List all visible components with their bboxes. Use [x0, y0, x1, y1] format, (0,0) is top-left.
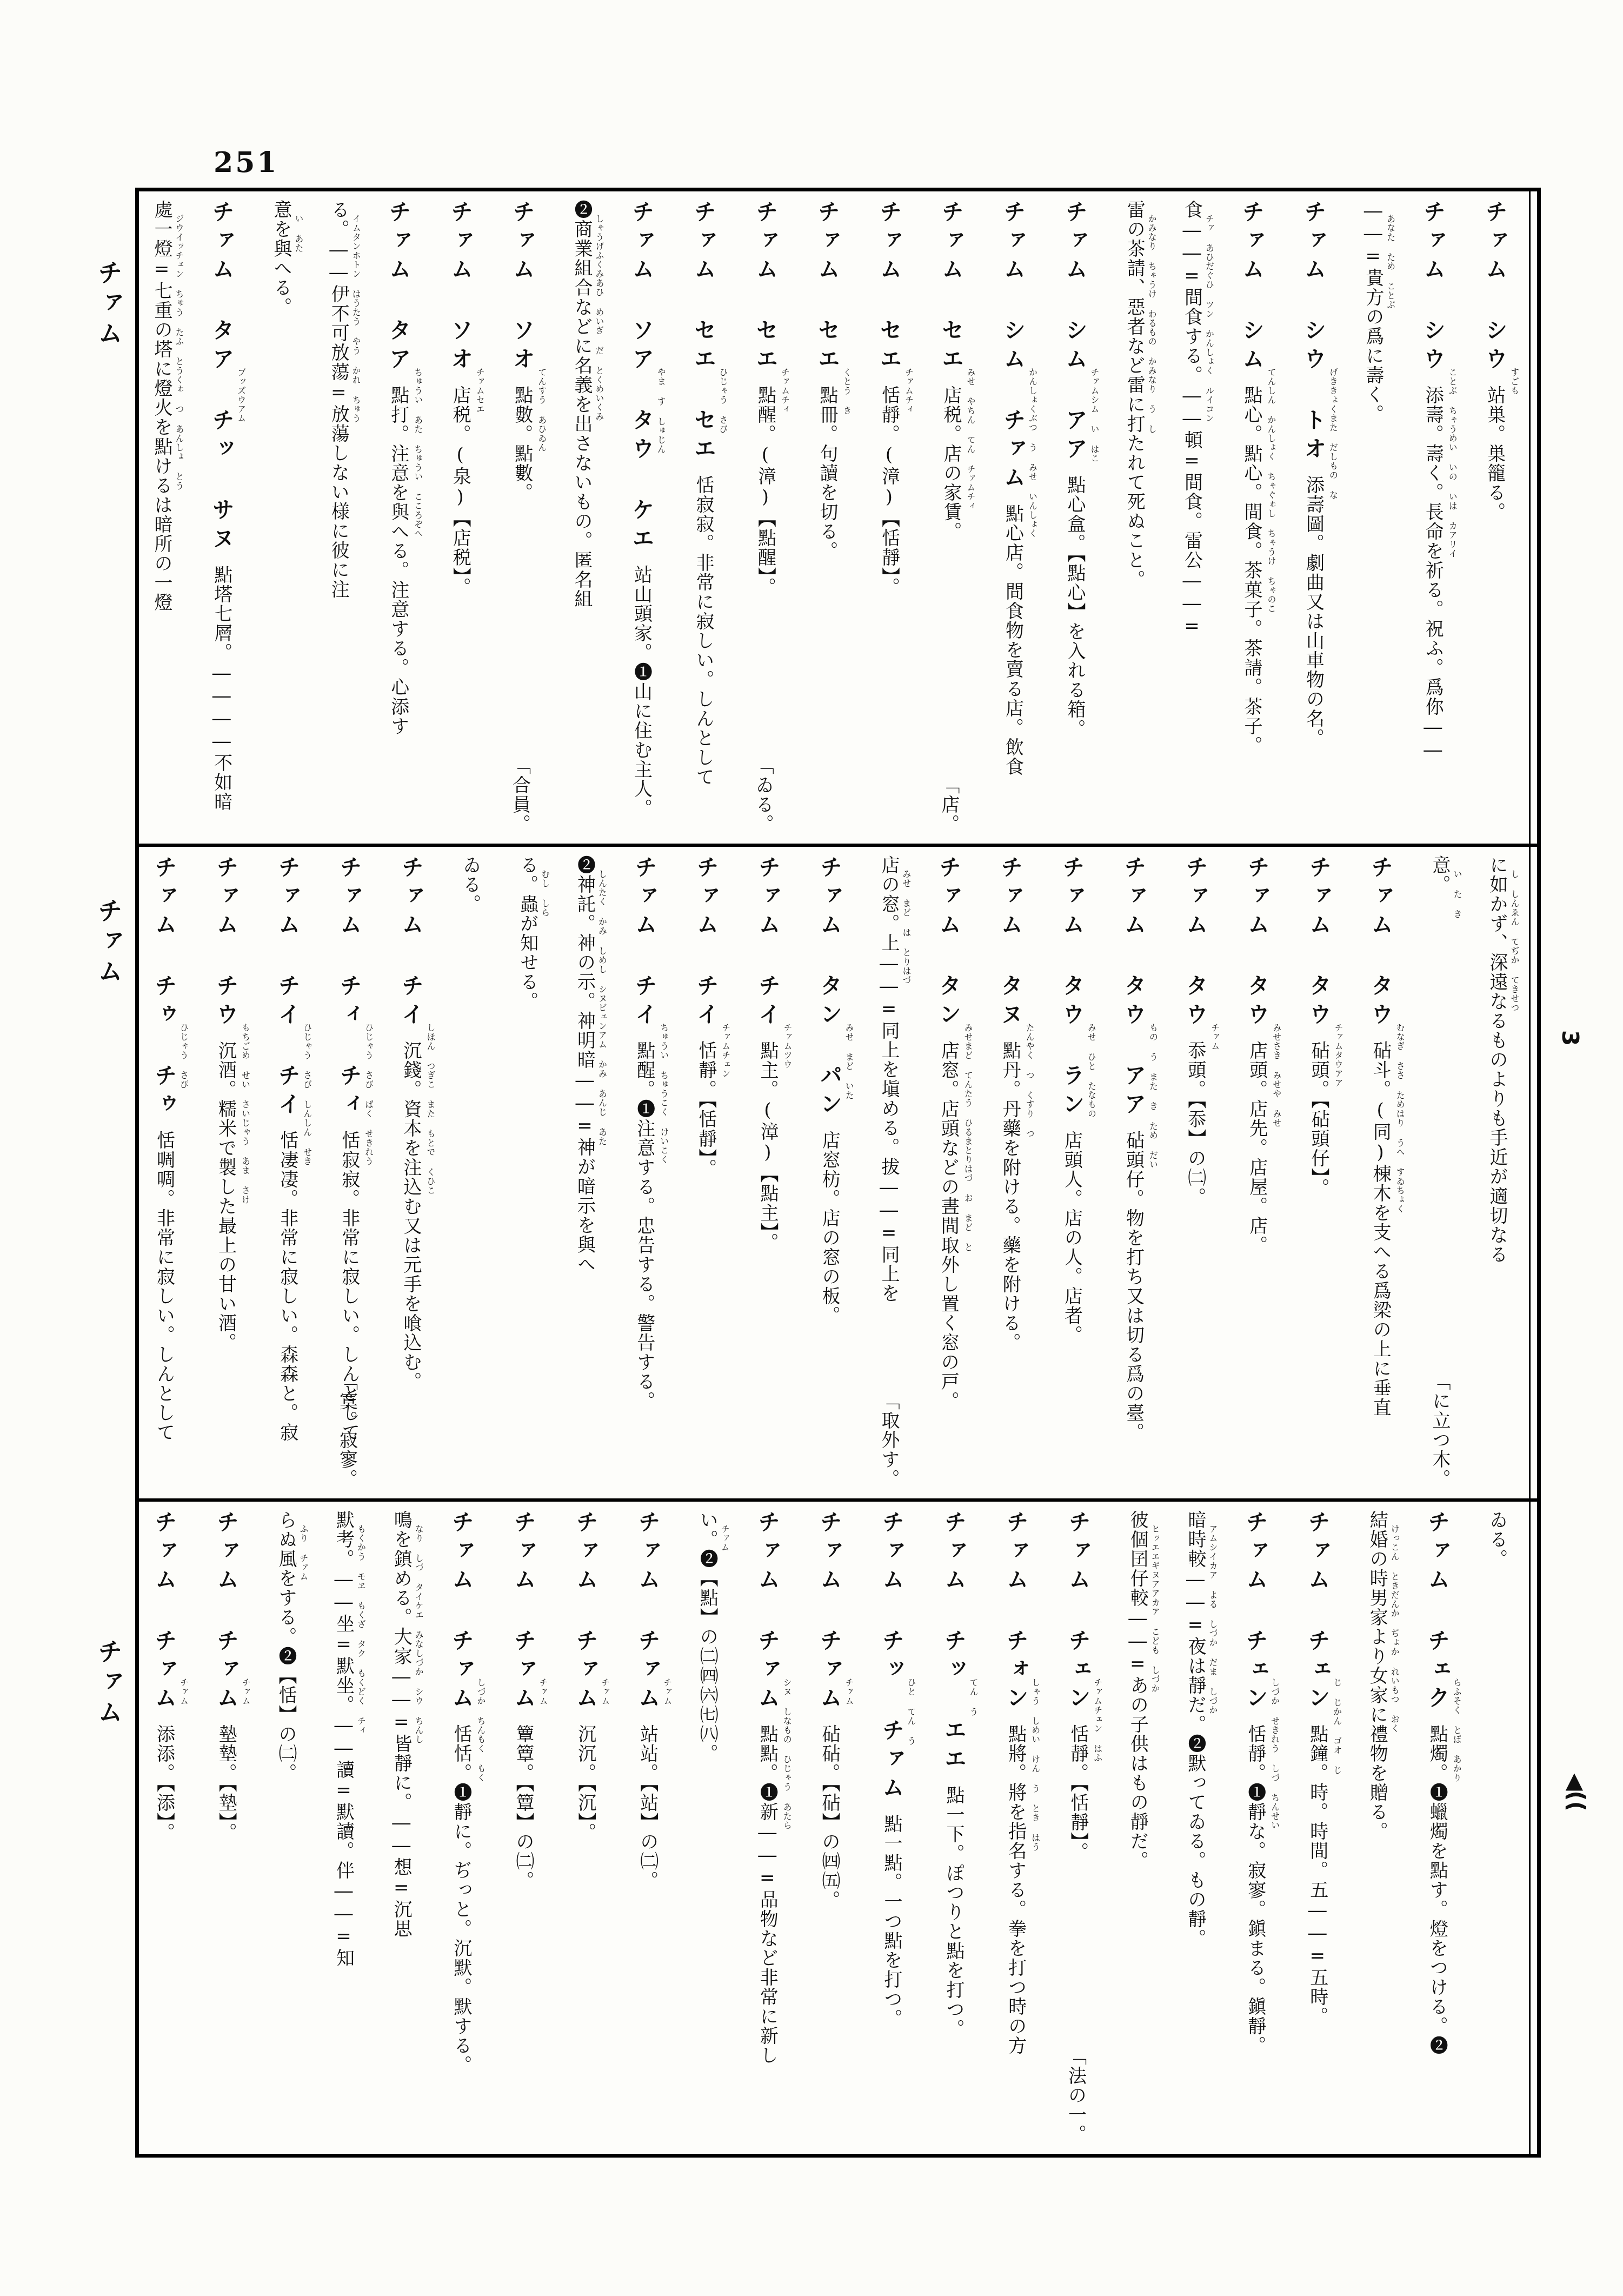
furigana: すごも — [1508, 200, 1519, 836]
furigana: みせ やちん てん チァムチィ — [964, 200, 975, 836]
entry-column: チァム タヌ點丹。丹藥を附ける。藥を附ける。たんやく つ くすり つ — [997, 855, 1034, 1491]
furigana: チァム — [842, 1510, 853, 2146]
definition-text: 意。 — [1429, 855, 1451, 894]
definition-text: 砧頭仔。物を打ち又は切る爲の臺。 — [1123, 1131, 1145, 1442]
entry-continuation-column: 意を與へる。い あた — [270, 200, 303, 836]
definition-text: 點心店。間食物を賣る店。飲食 — [1002, 504, 1024, 777]
entry-column: チァム チイ チイ恬凄凄。非常に寂しい。森森と。寂ひじゃう さび しんしん せき — [274, 855, 311, 1491]
furigana: チァム — [1208, 855, 1219, 1491]
furigana: くとう き — [840, 200, 851, 836]
entry-column: チァム セエ點醒。(漳)【點醒】。チァムチィ「ゐる。 — [752, 200, 789, 836]
furigana: アムシイカア よる しづか だま しづか — [1206, 1510, 1217, 2146]
entry-column: チァム チッ エエ點一下。ぽつりと點を打つ。てん う — [941, 1510, 977, 2146]
definition-text: 店頭。店先。店屋。店。 — [1246, 1041, 1268, 1255]
entry-column: チァム シウ トオ添壽圖。劇曲又は山車物の名。げききょくまた だしもの な — [1300, 200, 1337, 836]
definition-text: 店窓枋。店の窓の板。 — [819, 1131, 840, 1325]
definition-text: に如かず、深遠なるものよりも手近が適切なる — [1486, 855, 1508, 1264]
entry-continuation-column: 暗時較――=夜は靜だ。❷默ってゐる。もの靜。アムシイカア よる しづか だま し… — [1185, 1510, 1217, 2146]
definition-text: 彼個囝仔較――=あの子供はもの靜だ。 — [1127, 1510, 1148, 1870]
furigana: い た き — [1451, 855, 1461, 1491]
furigana: げききょくまた だしもの な — [1327, 200, 1338, 836]
furigana: しゃうげふくみあひ めいぎ だ とくめいくみ — [593, 200, 603, 836]
entry-text-line: チァム チァム恬恬。❶靜に。ぢっと。沉默。默する。 — [448, 1510, 474, 2146]
headword: チァム チァム — [213, 1510, 239, 1715]
entry-text-line: チァム チゥ チゥ恬啁啁。非常に寂しい。しんとして — [151, 855, 177, 1491]
furigana: チァム — [661, 1510, 671, 2146]
entry-text-line: チァム チァム沉沉。【沉】。 — [572, 1510, 598, 2146]
definition-text: 點點。❶新――=品物など非常に新し — [756, 1724, 778, 2065]
entry-text-line: 暗時較――=夜は靜だ。❷默ってゐる。もの靜。 — [1185, 1510, 1206, 2146]
furigana: なり しづ タイケエ みなしづか シウ ちんし — [412, 1510, 423, 2146]
definition-text: 沉錢。資本を注込む又は元手を喰込む。 — [400, 1041, 422, 1391]
furigana: やま す しゅじん — [654, 200, 665, 836]
entry-column: チァム シム チァム點心店。間食物を賣る店。飲食かんしょくぶつ う みせ いんし… — [1000, 200, 1036, 836]
definition-text: 點將。將を指名する。拳を打つ時の方 — [1005, 1724, 1027, 2055]
definition-text: 點打。注意を與へる。注意する。心添す — [388, 386, 409, 736]
definition-text: 點主。(漳)【點主】。 — [757, 1041, 779, 1252]
entry-continuation-column: ゐる。 — [460, 855, 492, 1491]
entry-column: チァム チェン恬靜。❶靜な。寂寥。鎭まる。鎭靜。しづか せきれう しづ ちんせい — [1242, 1510, 1279, 2146]
entry-column: チァム チァム墊墊。【墊】。チァム — [213, 1510, 250, 2146]
entry-column: チァム チィ チィ恬寂寂。非常に寂しい。しんとしてひじゃう さび ばく せきれう… — [336, 855, 373, 1491]
furigana: かんしょくぶつ う みせ いんしょく — [1026, 200, 1037, 836]
furigana: てん う — [967, 1510, 977, 2146]
entry-column: チァム セエ セエ恬寂寂。非常に寂しい。しんとしてひじゃう さび — [690, 200, 727, 836]
definition-text: 恬恬。❶靜に。ぢっと。沉默。默する。 — [450, 1724, 472, 2075]
entry-column: チァム チァム點點。❶新――=品物など非常に新しシヌ しなもの ひじゃう あたら — [754, 1510, 791, 2146]
definition-text: 點一下。ぽつりと點を打つ。 — [943, 1786, 965, 2039]
headword: チァム シウ — [1482, 200, 1508, 376]
entry-text-line: チァム シム點心。點心。間食。茶菓子。茶請。茶子。 — [1239, 200, 1265, 836]
definition-text: 店税。店の家賃。 — [940, 386, 962, 541]
entry-text-line: チァム シウ トオ添壽圖。劇曲又は山車物の名。 — [1300, 200, 1326, 836]
entry-column: チァム タア點打。注意を與へる。注意する。心添すちゅうい あた ちゅうい こころ… — [385, 200, 422, 836]
entry-column: チァム チァム砧砧。【砧】の㈣㈤。チァム — [816, 1510, 853, 2146]
entry-text-line: チァム チイ恬靜。【恬靜】。 — [693, 855, 719, 1491]
entry-column: チァム チァム添添。【添】。チァム — [151, 1510, 188, 2146]
overflow-text: 「店。 — [938, 775, 959, 834]
furigana: ジウイッチェン ちゅう たふ とうくゎ つ あんしょ とう — [172, 200, 183, 836]
definition-text: 默考。――坐=默坐。――讀=默讀。伴――=知 — [333, 1510, 355, 1968]
entry-columns: チァム シウ站巣。巣籠る。すごもチァム シウ添壽。壽く。長命を祈る。祝ふ。爲你―… — [151, 200, 1519, 836]
entry-column: チァム タウ店頭。店先。店屋。店。みせさき みせや みせ — [1243, 855, 1280, 1491]
entry-column: チァム チイ沉錢。資本を注込む又は元手を喰込む。しほん つぎこ また もとで く… — [398, 855, 435, 1491]
headword: チァム セエ — [752, 200, 778, 376]
entry-text-line: チァム シム チァム點心店。間食物を賣る店。飲食 — [1000, 200, 1026, 836]
furigana: チァム — [598, 1510, 609, 2146]
furigana: てんしん かんしょく ちゃぐゎし ちゃうけ ちゃのこ — [1265, 200, 1275, 836]
entry-text-line: チァム チァム添添。【添】。 — [151, 1510, 177, 2146]
entry-text-line: チァム チェン恬靜。❶靜な。寂寥。鎭まる。鎭靜。 — [1242, 1510, 1268, 2146]
entry-text-line: チァム チォン點將。將を指名する。拳を打つ時の方 — [1002, 1510, 1028, 2146]
entry-text-line: チァム タン パン店窓枋。店の窓の板。 — [816, 855, 842, 1491]
headword: チァム チェク — [1424, 1510, 1450, 1715]
entry-continuation-column: ❷商業組合などに名義を出さないもの。匿名組しゃうげふくみあひ めいぎ だ とくめ… — [571, 200, 603, 836]
furigana: てんすう あひゐん — [535, 200, 546, 836]
furigana: しんたく かみ しめし シヌビェンアム かみ あんじ あた — [596, 855, 607, 1491]
headword: チァム チウ — [213, 855, 239, 1031]
entry-text-line: チァム タウ砧頭。【砧頭仔】。 — [1306, 855, 1332, 1491]
entry-text-line: 食――=間食する。――頓=間食。雷公――= — [1181, 200, 1202, 836]
entry-columns: に如かず、深遠なるものよりも手近が適切なるし しんゑん てぢか てきせつ意。い … — [151, 855, 1519, 1491]
definition-text: 食――=間食する。――頓=間食。雷公――= — [1181, 200, 1203, 638]
entry-column: チァム チァム簟簟。【簟】の㈡。チァム — [510, 1510, 547, 2146]
entry-text-line: チァム セエ店税。店の家賃。 — [938, 200, 964, 836]
definition-text: 添壽。壽く。長命を祈る。祝ふ。爲你―― — [1422, 386, 1444, 762]
furigana: しゃう しめい けん う とき はう — [1029, 1510, 1040, 2146]
overflow-text: 「取外す。 — [878, 1391, 899, 1489]
headword: チァム チァム — [510, 1510, 536, 1715]
headword: チァム チァム — [448, 1510, 474, 1715]
headword: チァム チイ — [631, 855, 657, 1031]
furigana: し しんゑん てぢか てきせつ — [1508, 855, 1519, 1491]
definition-text: 添添。【添】。 — [153, 1724, 175, 1842]
definition-text: 店窓。店頭などの晝間取外し置く窓の戸。 — [937, 1041, 959, 1411]
entry-column: チァム ソオ點數。點數。てんすう あひゐん「合員。 — [509, 200, 546, 836]
furigana: しづか ちんもく もく — [474, 1510, 485, 2146]
definition-text: ❷神託。神の示。神明暗――=神が暗示を與へ — [574, 855, 596, 1274]
entry-band-1: チァム シウ站巣。巣籠る。すごもチァム シウ添壽。壽く。長命を祈る。祝ふ。爲你―… — [139, 191, 1537, 847]
headword: チァム チッ エエ — [941, 1510, 967, 1776]
furigana: イムタンホトン はうたう やう かれ ちゅう — [349, 200, 360, 836]
definition-text: 砧砧。【砧】の㈣㈤。 — [819, 1724, 840, 1910]
entry-continuation-column: い。❷【點】の㈡㈣㈥㈦㈧。チァム — [696, 1510, 729, 2146]
entry-column: チァム チァム站站。【站】の㈡。チァム — [634, 1510, 671, 2146]
entry-column: チァム チッ チァム點一點。一つ點を打つ。ひと てん う — [879, 1510, 915, 2146]
entry-continuation-column: に如かず、深遠なるものよりも手近が適切なるし しんゑん てぢか てきせつ — [1486, 855, 1519, 1491]
headword: チァム タウ アア — [1121, 855, 1147, 1121]
definition-text: 店税。(泉)【店税】。 — [449, 386, 471, 597]
entry-text-line: チァム ソオ點數。點數。 — [509, 200, 535, 836]
headword: チァム タン パン — [816, 855, 842, 1121]
headword: チァム タヌ — [997, 855, 1023, 1031]
headword: チァム セエ — [876, 200, 902, 376]
definition-text: 站站。【站】の㈡。 — [637, 1724, 658, 1890]
furigana: ひじゃう さび — [716, 200, 727, 836]
entry-text-line: チァム タン店窓。店頭などの晝間取外し置く窓の戸。 — [935, 855, 961, 1491]
entry-text-line: チァム チッ チァム點一點。一つ點を打つ。 — [879, 1510, 904, 2146]
definition-text: ――=貴方の爲に壽く。 — [1362, 200, 1384, 424]
entry-text-line: 雷の茶請、惡者など雷に打たれて死ぬこと。 — [1123, 200, 1145, 836]
entry-text-line: チァム チァム點點。❶新――=品物など非常に新し — [754, 1510, 780, 2146]
definition-text: らぬ風をする。❷【恬】の㈡。 — [275, 1510, 297, 1783]
furigana: もくかう モヱ もくざ タク もくどく チィ — [355, 1510, 365, 2146]
headword: チァム チゥ チゥ — [151, 855, 177, 1121]
headword: チァム チァム — [151, 1510, 177, 1715]
entry-text-line: チァム セエ點冊。句讀を切る。 — [814, 200, 840, 836]
furigana: みせまど てんたう ひるまとりはづ お まど と — [961, 855, 972, 1491]
headword: チァム チイ チイ — [275, 855, 301, 1121]
entry-column: チァム タウ ラン店頭人。店の人。店者。みせ ひと たなもの — [1059, 855, 1095, 1491]
definition-text: 沉沉。【沉】。 — [575, 1724, 596, 1842]
entry-continuation-column: る。――伊不可放蕩=放蕩しない様に彼に注イムタンホトン はうたう やう かれ ち… — [328, 200, 360, 836]
furigana: ちゅうい あた ちゅうい こころぞへ — [411, 200, 422, 836]
dictionary-page: 251 チァム チァム チァム 3 ◀(( チァム シウ站巣。巣籠る。すごもチァ… — [0, 0, 1623, 2296]
furigana: チァムシム い はこ — [1088, 200, 1099, 836]
entry-column: チァム タン パン店窓枋。店の窓の板。みせ まど いた — [816, 855, 853, 1491]
definition-text: 點丹。丹藥を附ける。藥を附ける。 — [999, 1041, 1021, 1352]
headword: チァム チッ チァム — [879, 1510, 904, 1804]
headword: チァム タウ — [1182, 855, 1208, 1031]
overflow-text: 「に立つ木。 — [1429, 1372, 1450, 1489]
definition-text: 點數。點數。 — [511, 386, 533, 502]
entry-text-line: 處一燈=七重の塔に燈火を點けるは暗所の一燈 — [151, 200, 172, 836]
headword: チァム チェン — [1065, 1510, 1091, 1715]
definition-text: い。❷【點】の㈡㈣㈥㈦㈧。 — [696, 1510, 718, 1763]
entry-column: チァム タウ忝頭。【忝】の㈡。チァム — [1182, 855, 1219, 1491]
entry-column: チァム ソオ店税。(泉)【店税】。チァムセエ — [447, 200, 484, 836]
entry-text-line: チァム セエ恬靜。(漳)【恬靜】。 — [876, 200, 902, 836]
furigana: かみなり ちゃうけ わるもの かみなり う し — [1145, 200, 1156, 836]
furigana: チァムツウ — [781, 855, 791, 1491]
headword: チァム チイ — [693, 855, 719, 1031]
definition-text: 鳴を鎮める。大家――=皆靜に。――想=沉思 — [390, 1510, 412, 1939]
entry-text-line: チァム チァム站站。【站】の㈡。 — [634, 1510, 660, 2146]
overflow-text: 「法の一。 — [1065, 2047, 1086, 2144]
entry-text-line: チァム シウ站巣。巣籠る。 — [1481, 200, 1507, 836]
entry-column: チァム チイ恬靜。【恬靜】。チァムチェン — [693, 855, 729, 1491]
headword: チァム チォン — [1003, 1510, 1029, 1715]
headword: チァム セエ セエ — [690, 200, 716, 466]
furigana: ひと てん う — [904, 1510, 915, 2146]
definition-text: 簟簟。【簟】の㈡。 — [513, 1724, 534, 1890]
entry-columns: ゐる。チァム チェク點燭。❶蠟燭を點す。燈をつける。❷らふそく とぼ あかり結婚… — [151, 1510, 1519, 2146]
headword: チァム チァム — [754, 1510, 780, 1715]
entry-column: チァム セエ點冊。句讀を切る。くとう き — [814, 200, 851, 836]
definition-text: 點一點。一つ點を打つ。 — [881, 1814, 902, 2028]
entry-text-line: 默考。――坐=默坐。――讀=默讀。伴――=知 — [332, 1510, 354, 2146]
headword: チァム ソオ — [447, 200, 473, 376]
entry-text-line: チァム チァム簟簟。【簟】の㈡。 — [510, 1510, 536, 2146]
definition-text: 恬靜。【恬靜】。 — [1067, 1724, 1089, 1862]
furigana: チァムチィ — [902, 200, 913, 836]
headword: チァム ソア タウ ケエ — [628, 200, 654, 555]
furigana — [1508, 1510, 1519, 2146]
entry-text-line: 意を與へる。 — [270, 200, 292, 836]
entry-text-line: チァム チイ チイ恬凄凄。非常に寂しい。森森と。寂 — [274, 855, 300, 1491]
entry-continuation-column: ゐる。 — [1486, 1510, 1519, 2146]
definition-text: ゐる。 — [1486, 1510, 1508, 1569]
definition-text: 沉酒。糯米で製した最上の甘い酒。 — [215, 1041, 237, 1352]
overflow-text: 「寞。寂寥。 — [336, 1372, 357, 1489]
entry-continuation-column: 結婚の時男家より女家に禮物を贈る。けっこん ときだんか ぢょか れいもつ おく — [1366, 1510, 1399, 2146]
margin-mark: ◀(( — [1563, 1773, 1589, 1811]
headword: チァム シウ トオ — [1301, 200, 1327, 466]
definition-text: 點醒。(漳)【點醒】。 — [754, 386, 776, 597]
definition-text: 意を與へる。 — [270, 200, 292, 317]
furigana: ブッズウアム — [235, 200, 245, 836]
furigana: ひじゃう さび ばく せきれう — [362, 855, 373, 1491]
entry-column: チァム チウ沉酒。糯米で製した最上の甘い酒。もちごめ せい さいじゃう あま さ… — [212, 855, 249, 1491]
entry-column: チァム タア チッ サヌ點塔七層。――――不如暗ブッズウアム — [208, 200, 245, 836]
entry-text-line: る。――伊不可放蕩=放蕩しない様に彼に注 — [328, 200, 349, 836]
definition-text: 結婚の時男家より女家に禮物を贈る。 — [1366, 1510, 1388, 1841]
entry-column: チァム チゥ チゥ恬啁啁。非常に寂しい。しんとしてひじゃう さび — [151, 855, 188, 1491]
entry-column: チァム タウ砧頭。【砧頭仔】。チァムタウアア — [1306, 855, 1342, 1491]
thumb-index-label: チァム — [91, 260, 127, 350]
entry-text-line: チァム タウ店頭。店先。店屋。店。 — [1243, 855, 1269, 1491]
definition-text: 雷の茶請、惡者など雷に打たれて死ぬこと。 — [1123, 200, 1145, 589]
furigana: もの う また き ため だい — [1147, 855, 1158, 1491]
headword: チァム タウ — [1306, 855, 1332, 1031]
furigana — [481, 855, 492, 1491]
entry-text-line: ゐる。 — [1486, 1510, 1508, 2146]
furigana: チァムタウアア — [1332, 855, 1342, 1491]
entry-text-line: ゐる。 — [460, 855, 481, 1491]
entry-column: チァム チァム沉沉。【沉】。チァム — [572, 1510, 609, 2146]
definition-text: 點燭。❶蠟燭を點す。燈をつける。❷ — [1426, 1724, 1448, 2055]
entry-text-line: チァム チァム砧砧。【砧】の㈣㈤。 — [816, 1510, 842, 2146]
definition-text: 點鐘。時。時間。五――=五時。 — [1307, 1724, 1328, 2026]
definition-text: 恬啁啁。非常に寂しい。しんとして — [153, 1131, 175, 1442]
entry-continuation-column: ――=貴方の爲に壽く。あなた ため ことぶ — [1362, 200, 1395, 836]
definition-text: 暗時較――=夜は靜だ。❷默ってゐる。もの靜。 — [1185, 1510, 1206, 1948]
definition-text: 恬凄凄。非常に寂しい。森森と。寂 — [277, 1131, 298, 1442]
thumb-index-label: チァム — [91, 1638, 127, 1729]
headword: チァム チェン — [1242, 1510, 1268, 1715]
entry-text-line: チァム タウ砧斗。(同)棟木を支へる爲梁の上に垂直 — [1367, 855, 1393, 1491]
entry-text-line: チァム タウ忝頭。【忝】の㈡。 — [1182, 855, 1208, 1491]
thumb-index-label: チァム — [91, 898, 127, 988]
headword: チァム タウ — [1244, 855, 1270, 1031]
entry-continuation-column: 彼個囝仔較――=あの子供はもの靜だ。ヒッエエギヌアアカア こども しづか — [1127, 1510, 1159, 2146]
definition-text: る。――伊不可放蕩=放蕩しない様に彼に注 — [328, 200, 349, 599]
entry-text-line: チァム チェク點燭。❶蠟燭を點す。燈をつける。❷ — [1424, 1510, 1450, 2146]
furigana: たんやく つ くすり つ — [1023, 855, 1034, 1491]
furigana: むなぎ ささ ためはり うへ すゐちょく — [1393, 855, 1404, 1491]
entry-text-line: い。❷【點】の㈡㈣㈥㈦㈧。 — [696, 1510, 718, 2146]
entry-text-line: チァム チェン點鐘。時。時間。五――=五時。 — [1304, 1510, 1330, 2146]
definition-text: 砧頭。【砧頭仔】。 — [1308, 1041, 1329, 1198]
furigana: チァム — [239, 1510, 250, 2146]
entry-text-line: ❷商業組合などに名義を出さないもの。匿名組 — [571, 200, 593, 836]
definition-text: 添壽圖。劇曲又は山車物の名。 — [1303, 475, 1325, 748]
definition-text: る。蟲が知せる。 — [517, 855, 538, 1011]
furigana: ひじゃう さび しんしん せき — [301, 855, 311, 1491]
entry-column: チァム チァム恬恬。❶靜に。ぢっと。沉默。默する。しづか ちんもく もく — [448, 1510, 485, 2146]
entry-text-line: チァム セエ セエ恬寂寂。非常に寂しい。しんとして — [690, 200, 716, 836]
entry-column: チァム チイ點主。(漳)【點主】。チァムツウ — [755, 855, 791, 1491]
entry-text-line: らぬ風をする。❷【恬】の㈡。 — [275, 1510, 297, 2146]
entry-column: チァム セエ恬靜。(漳)【恬靜】。チァムチィ — [876, 200, 913, 836]
entry-text-line: チァム シウ添壽。壽く。長命を祈る。祝ふ。爲你―― — [1420, 200, 1446, 836]
entry-column: チァム チェク點燭。❶蠟燭を點す。燈をつける。❷らふそく とぼ あかり — [1424, 1510, 1461, 2146]
furigana: しづか せきれう しづ ちんせい — [1268, 1510, 1279, 2146]
headword: チァム チィ チィ — [336, 855, 362, 1121]
entry-continuation-column: 食――=間食する。――頓=間食。雷公――=チァ あひだぐひ ツン かんしょく ル… — [1181, 200, 1213, 836]
definition-text: 點塔七層。――――不如暗 — [211, 565, 232, 812]
definition-text: 恬靜。(漳)【恬靜】。 — [879, 386, 900, 597]
headword: チァム セエ — [814, 200, 840, 376]
furigana: チァムチィ — [778, 200, 789, 836]
furigana: みせさき みせや みせ — [1270, 855, 1281, 1491]
headword: チァム ソオ — [509, 200, 535, 376]
furigana: じ じかん ゴオ じ — [1331, 1510, 1341, 2146]
definition-text: 處一燈=七重の塔に燈火を點けるは暗所の一燈 — [151, 200, 172, 612]
entry-text-line: 鳴を鎮める。大家――=皆靜に。――想=沉思 — [390, 1510, 412, 2146]
entry-continuation-column: 處一燈=七重の塔に燈火を點けるは暗所の一燈ジウイッチェン ちゅう たふ とうくゎ… — [151, 200, 183, 836]
headword: チァム タウ ラン — [1059, 855, 1085, 1121]
entry-text-line: チァム ソア タウ ケエ站山頭家。❶山に住む主人。 — [628, 200, 654, 836]
headword: チァム チェン — [1305, 1510, 1331, 1715]
entry-text-line: チァム チイ點醒。❶注意する。忠告する。警告する。 — [631, 855, 657, 1491]
entry-text-line: チァム チウ沉酒。糯米で製した最上の甘い酒。 — [212, 855, 238, 1491]
definition-text: 墊墊。【墊】。 — [215, 1724, 237, 1842]
furigana: ちゅうい ちゅうこく けいこく — [657, 855, 668, 1491]
entry-text-line: チァム ソオ店税。(泉)【店税】。 — [447, 200, 473, 836]
headword: チァム タア チッ サヌ — [209, 200, 235, 555]
furigana: むし しら — [538, 855, 549, 1491]
headword: チァム タウ — [1367, 855, 1393, 1031]
entry-continuation-column: ❷神託。神の示。神明暗――=神が暗示を與へしんたく かみ しめし シヌビェンアム… — [574, 855, 606, 1491]
entry-text-line: チァム チイ沉錢。資本を注込む又は元手を喰込む。 — [398, 855, 424, 1491]
headword: チァム タン — [935, 855, 961, 1031]
overflow-text: 「合員。 — [509, 756, 530, 834]
furigana: チァ あひだぐひ ツン かんしょく ルイコン — [1203, 200, 1214, 836]
entry-continuation-column: らぬ風をする。❷【恬】の㈡。ふり チァム — [275, 1510, 308, 2146]
furigana: もちごめ せい さいじゃう あま さけ — [239, 855, 250, 1491]
definition-text: 站巣。巣籠る。 — [1484, 386, 1506, 522]
entry-text-line: チァム タア點打。注意を與へる。注意する。心添す — [385, 200, 411, 836]
entry-text-line: チァム タウ ラン店頭人。店の人。店者。 — [1059, 855, 1085, 1491]
definition-text: 忝頭。【忝】の㈡。 — [1185, 1041, 1206, 1207]
headword: チァム チァム — [816, 1510, 842, 1715]
entry-continuation-column: る。蟲が知せる。むし しら — [517, 855, 549, 1491]
entry-text-line: 彼個囝仔較――=あの子供はもの靜だ。 — [1127, 1510, 1148, 2146]
entry-column: チァム チォン點將。將を指名する。拳を打つ時の方しゃう しめい けん う とき … — [1002, 1510, 1039, 2146]
entry-band-2: に如かず、深遠なるものよりも手近が適切なるし しんゑん てぢか てきせつ意。い … — [139, 847, 1537, 1502]
furigana: ひじゃう さび — [177, 855, 188, 1491]
entry-text-line: チァム タア チッ サヌ點塔七層。――――不如暗 — [208, 200, 234, 836]
entry-column: チァム ソア タウ ケエ站山頭家。❶山に住む主人。やま す しゅじん — [628, 200, 665, 836]
definition-text: 砧斗。(同)棟木を支へる爲梁の上に垂直 — [1369, 1041, 1391, 1417]
furigana: ヒッエエギヌアアカア こども しづか — [1148, 1510, 1159, 2146]
entry-text-line: チァム チイ點主。(漳)【點主】。 — [755, 855, 781, 1491]
entry-text-line: る。蟲が知せる。 — [517, 855, 538, 1491]
headword: チァム シウ — [1420, 200, 1446, 376]
margin-mark: 3 — [1557, 1030, 1584, 1046]
entry-column: チァム シウ添壽。壽く。長命を祈る。祝ふ。爲你――ことぶ ちゃうめい いの いは… — [1420, 200, 1456, 836]
entry-continuation-column: 雷の茶請、惡者など雷に打たれて死ぬこと。かみなり ちゃうけ わるもの かみなり … — [1123, 200, 1156, 836]
furigana: チァムチェン はふ — [1091, 1510, 1102, 2146]
furigana: らふそく とぼ あかり — [1450, 1510, 1461, 2146]
furigana: ふり チァム — [297, 1510, 308, 2146]
entry-text-line: ❷神託。神の示。神明暗――=神が暗示を與へ — [574, 855, 595, 1491]
headword: チァム シム — [1239, 200, 1265, 376]
entry-column: チァム チイ點醒。❶注意する。忠告する。警告する。ちゅうい ちゅうこく けいこく — [631, 855, 668, 1491]
entry-text-line: チァム タウ アア砧頭仔。物を打ち又は切る爲の臺。 — [1120, 855, 1146, 1491]
page-number: 251 — [214, 146, 279, 179]
entry-continuation-column: 店の窓。上――=同上を塡める。拔――=同上をみせ まど は とりはづ「取外す。 — [878, 855, 910, 1491]
headword: チァム タア — [385, 200, 411, 376]
entry-continuation-column: 默考。――坐=默坐。――讀=默讀。伴――=知もくかう モヱ もくざ タク もくど… — [332, 1510, 365, 2146]
entry-text-line: ――=貴方の爲に壽く。 — [1362, 200, 1384, 836]
entry-column: チァム セエ店税。店の家賃。みせ やちん てん チァムチィ「店。 — [938, 200, 975, 836]
entry-column: チァム タウ アア砧頭仔。物を打ち又は切る爲の臺。もの う また き ため だい — [1120, 855, 1157, 1491]
page-frame: チァム シウ站巣。巣籠る。すごもチァム シウ添壽。壽く。長命を祈る。祝ふ。爲你―… — [135, 188, 1541, 2158]
entry-text-line: チァム チッ エエ點一下。ぽつりと點を打つ。 — [941, 1510, 967, 2146]
entry-column: チァム タウ砧斗。(同)棟木を支へる爲梁の上に垂直むなぎ ささ ためはり うへ … — [1367, 855, 1404, 1491]
headword: チァム チァム — [635, 1510, 661, 1715]
definition-text: 店の窓。上――=同上を塡める。拔――=同上を — [878, 855, 900, 1303]
entry-text-line: チァム シム アア點心盒。【點心】を入れる箱。 — [1062, 200, 1088, 836]
headword: チァム シム アア — [1062, 200, 1088, 466]
entry-column: チァム シム點心。點心。間食。茶菓子。茶請。茶子。てんしん かんしょく ちゃぐゎ… — [1239, 200, 1275, 836]
furigana: シヌ しなもの ひじゃう あたら — [780, 1510, 791, 2146]
definition-text: 點醒。❶注意する。忠告する。警告する。 — [634, 1041, 655, 1411]
headword: チァム チイ — [398, 855, 424, 1031]
furigana: しほん つぎこ また もとで くひこ — [424, 855, 435, 1491]
